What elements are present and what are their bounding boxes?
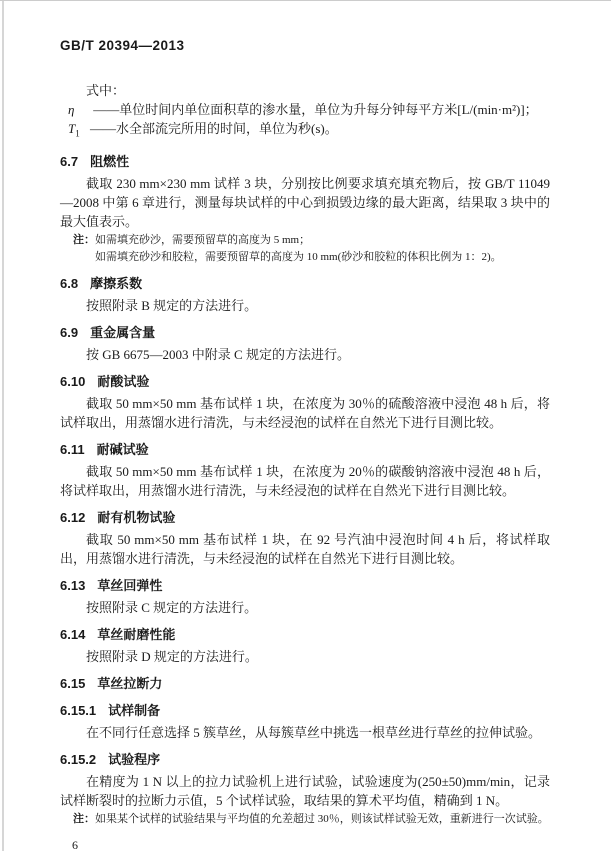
formula-definition: 水全部流完所用的时间，单位为秒(s)。 [116,119,338,138]
section-heading: 6.12耐有机物试验 [60,508,550,527]
section-number: 6.12 [60,510,85,525]
formula-term-eta: η —— 单位时间内单位面积草的渗水量，单位为升每分钟每平方米[L/(min·m… [60,100,550,119]
note-block: 注：如需填充砂沙，需要预留草的高度为 5 mm； 如需填充砂沙和胶粒，需要预留草… [60,232,550,266]
section-number: 6.15.2 [60,752,96,767]
section-6-15-1: 6.15.1试样制备 在不同行任意选择 5 簇草丝，从每簇草丝中挑选一根草丝进行… [60,701,550,742]
section-6-7: 6.7阻燃性 截取 230 mm×230 mm 试样 3 块，分别按比例要求填充… [60,152,550,266]
section-number: 6.10 [60,374,85,389]
section-number: 6.8 [60,276,78,291]
section-title: 试样制备 [108,703,160,718]
formula-symbol: η [60,100,90,119]
formula-key-block: 式中： η —— 单位时间内单位面积草的渗水量，单位为升每分钟每平方米[L/(m… [60,81,550,144]
section-title: 耐碱试验 [97,442,149,457]
section-title: 草丝回弹性 [97,578,162,593]
scan-edge-left [2,0,4,851]
section-heading: 6.8摩擦系数 [60,274,550,293]
section-number: 6.14 [60,627,85,642]
section-heading: 6.7阻燃性 [60,152,550,171]
section-6-10: 6.10耐酸试验 截取 50 mm×50 mm 基布试样 1 块，在浓度为 30… [60,372,550,432]
section-title: 草丝拉断力 [97,676,162,691]
section-title: 摩擦系数 [90,276,142,291]
section-number: 6.7 [60,154,78,169]
section-6-15-2: 6.15.2试验程序 在精度为 1 N 以上的拉力试验机上进行试验，试验速度为(… [60,750,550,828]
section-paragraph: 按 GB 6675—2003 中附录 C 规定的方法进行。 [60,345,550,364]
formula-term-t1: T1 —— 水全部流完所用的时间，单位为秒(s)。 [60,119,550,144]
section-6-14: 6.14草丝耐磨性能 按照附录 D 规定的方法进行。 [60,625,550,666]
section-heading: 6.15草丝拉断力 [60,674,550,693]
section-paragraph: 在精度为 1 N 以上的拉力试验机上进行试验，试验速度为(250±50)mm/m… [60,772,550,810]
section-heading: 6.10耐酸试验 [60,372,550,391]
section-title: 试验程序 [108,752,160,767]
section-paragraph: 按照附录 C 规定的方法进行。 [60,598,550,617]
document-page: GB/T 20394—2013 式中： η —— 单位时间内单位面积草的渗水量，… [0,0,611,851]
section-number: 6.15.1 [60,703,96,718]
section-6-11: 6.11耐碱试验 截取 50 mm×50 mm 基布试样 1 块，在浓度为 20… [60,440,550,500]
section-title: 草丝耐磨性能 [97,627,175,642]
section-number: 6.9 [60,325,78,340]
formula-definition: 单位时间内单位面积草的渗水量，单位为升每分钟每平方米[L/(min·m²)]； [119,100,537,119]
section-number: 6.11 [60,442,85,457]
note-label: 注： [73,813,95,825]
note-line: 注：如需填充砂沙，需要预留草的高度为 5 mm； [73,232,550,249]
section-number: 6.13 [60,578,85,593]
standard-code-header: GB/T 20394—2013 [60,36,550,55]
section-paragraph: 截取 50 mm×50 mm 基布试样 1 块，在浓度为 20％的碳酸钠溶液中浸… [60,462,550,500]
section-heading: 6.14草丝耐磨性能 [60,625,550,644]
section-paragraph: 按照附录 B 规定的方法进行。 [60,296,550,315]
section-6-12: 6.12耐有机物试验 截取 50 mm×50 mm 基布试样 1 块，在 92 … [60,508,550,568]
section-6-8: 6.8摩擦系数 按照附录 B 规定的方法进行。 [60,274,550,315]
section-paragraph: 截取 50 mm×50 mm 基布试样 1 块，在 92 号汽油中浸泡时间 4 … [60,530,550,568]
formula-symbol: T1 [60,119,90,144]
section-heading: 6.9重金属含量 [60,323,550,342]
formula-separator: —— [90,100,119,119]
section-paragraph: 在不同行任意选择 5 簇草丝，从每簇草丝中挑选一根草丝进行草丝的拉伸试验。 [60,723,550,742]
note-line: 如需填充砂沙和胶粒，需要预留草的高度为 10 mm(砂沙和胶粒的体积比例为 1：… [73,249,550,266]
section-title: 耐酸试验 [97,374,149,389]
section-paragraph: 截取 50 mm×50 mm 基布试样 1 块，在浓度为 30％的硫酸溶液中浸泡… [60,394,550,432]
note-label: 注： [73,234,95,246]
section-number: 6.15 [60,676,85,691]
note-line: 注：如果某个试样的试验结果与平均值的允差超过 30％，则该试样试验无效，重新进行… [73,811,550,828]
section-6-9: 6.9重金属含量 按 GB 6675—2003 中附录 C 规定的方法进行。 [60,323,550,364]
section-title: 重金属含量 [90,325,155,340]
section-title: 耐有机物试验 [97,510,175,525]
section-paragraph: 按照附录 D 规定的方法进行。 [60,647,550,666]
formula-key-lead: 式中： [60,81,550,100]
scan-edge-top [0,0,611,1]
section-heading: 6.11耐碱试验 [60,440,550,459]
section-6-15: 6.15草丝拉断力 [60,674,550,693]
formula-separator: —— [90,119,116,138]
section-heading: 6.13草丝回弹性 [60,576,550,595]
section-heading: 6.15.2试验程序 [60,750,550,769]
page-number: 6 [72,838,550,851]
section-6-13: 6.13草丝回弹性 按照附录 C 规定的方法进行。 [60,576,550,617]
note-block: 注：如果某个试样的试验结果与平均值的允差超过 30％，则该试样试验无效，重新进行… [60,811,550,828]
section-paragraph: 截取 230 mm×230 mm 试样 3 块，分别按比例要求填充填充物后，按 … [60,174,550,231]
section-heading: 6.15.1试样制备 [60,701,550,720]
section-title: 阻燃性 [90,154,129,169]
